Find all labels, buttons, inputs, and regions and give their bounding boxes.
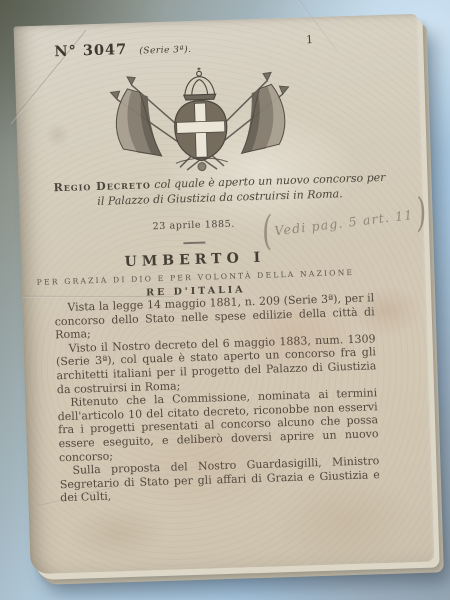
page-number: 1 xyxy=(306,33,313,46)
decree-paragraph: Sulla proposta del Nostro Guardasigilli,… xyxy=(59,454,380,505)
decree-paragraph: Ritenuto che la Commissione, nominata ai… xyxy=(57,386,379,464)
decree-series: (Serie 3ª). xyxy=(139,45,192,57)
document-header: N° 3047 (Serie 3ª). xyxy=(54,37,192,60)
savoy-coat-of-arms-icon xyxy=(101,64,300,176)
paper-crease xyxy=(298,0,338,52)
decree-date: 23 aprile 1885. xyxy=(20,214,368,236)
decree-title-lead: Regio Decreto xyxy=(53,178,151,194)
decree-body: Vista la legge 14 maggio 1881, n. 209 (S… xyxy=(54,291,380,505)
decree-title: Regio Decreto col quale è aperto un nuov… xyxy=(51,171,388,211)
photo-background: N° 3047 (Serie 3ª). 1 xyxy=(0,0,450,600)
decree-cover-page: N° 3047 (Serie 3ª). 1 xyxy=(13,14,434,574)
decree-paragraph: Visto il Nostro decreto del 6 maggio 188… xyxy=(55,332,377,396)
decree-number: N° 3047 xyxy=(54,41,127,60)
date-divider-rule xyxy=(183,242,205,245)
